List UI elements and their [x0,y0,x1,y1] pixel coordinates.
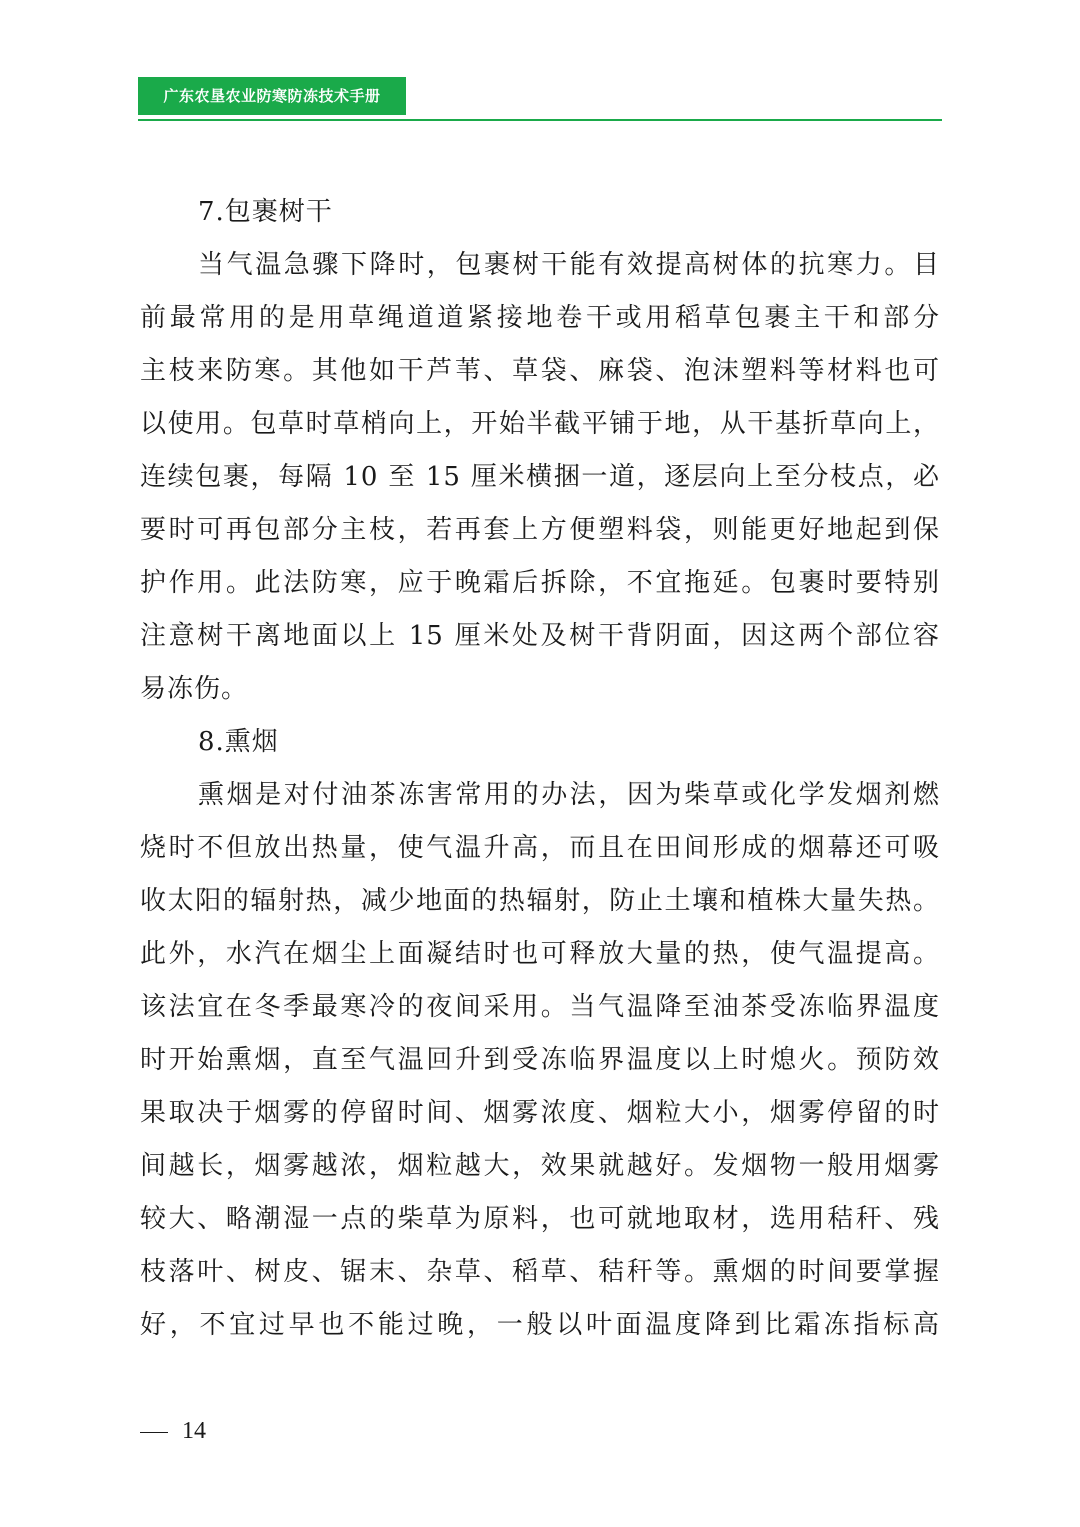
header-divider [138,119,942,121]
paragraph-line: 时开始熏烟，直至气温回升到受冻临界温度以上时熄火。预防效 [140,1034,940,1087]
paragraph-line: 较大、略潮湿一点的柴草为原料，也可就地取材，选用秸秆、残 [140,1193,940,1246]
paragraph-line: 以使用。包草时草梢向上，开始半截平铺于地，从干基折草向上， [140,398,940,451]
page-body: 7.包裹树干 当气温急骤下降时，包裹树干能有效提高树体的抗寒力。目 前最常用的是… [140,186,940,1352]
paragraph-line: 前最常用的是用草绳道道紧接地卷干或用稻草包裹主干和部分 [140,292,940,345]
section-heading-8: 8.熏烟 [140,716,940,769]
paragraph-line: 注意树干离地面以上 15 厘米处及树干背阴面，因这两个部位容 [140,610,940,663]
page-footer: 14 [140,1418,206,1445]
paragraph-line: 主枝来防寒。其他如干芦苇、草袋、麻袋、泡沫塑料等材料也可 [140,345,940,398]
paragraph-line: 护作用。此法防寒，应于晚霜后拆除，不宜拖延。包裹时要特别 [140,557,940,610]
section-heading-7: 7.包裹树干 [140,186,940,239]
paragraph-line: 间越长，烟雾越浓，烟粒越大，效果就越好。发烟物一般用烟雾 [140,1140,940,1193]
paragraph-line: 熏烟是对付油茶冻害常用的办法，因为柴草或化学发烟剂燃 [140,769,940,822]
paragraph-line: 收太阳的辐射热，减少地面的热辐射，防止土壤和植株大量失热。 [140,875,940,928]
page-number: 14 [182,1418,206,1444]
paragraph-line: 要时可再包部分主枝，若再套上方便塑料袋，则能更好地起到保 [140,504,940,557]
paragraph-line: 枝落叶、树皮、锯末、杂草、稻草、秸秆等。熏烟的时间要掌握 [140,1246,940,1299]
paragraph-line: 易冻伤。 [140,663,940,716]
paragraph-line: 连续包裹，每隔 10 至 15 厘米横捆一道，逐层向上至分枝点，必 [140,451,940,504]
paragraph-line: 此外，水汽在烟尘上面凝结时也可释放大量的热，使气温提高。 [140,928,940,981]
paragraph-line: 烧时不但放出热量，使气温升高，而且在田间形成的烟幕还可吸 [140,822,940,875]
paragraph-line: 该法宜在冬季最寒冷的夜间采用。当气温降至油茶受冻临界温度 [140,981,940,1034]
paragraph-line: 当气温急骤下降时，包裹树干能有效提高树体的抗寒力。目 [140,239,940,292]
paragraph-line: 果取决于烟雾的停留时间、烟雾浓度、烟粒大小，烟雾停留的时 [140,1087,940,1140]
footer-dash [140,1432,168,1433]
running-header-title: 广东农垦农业防寒防冻技术手册 [138,77,406,115]
paragraph-line: 好，不宜过早也不能过晚，一般以叶面温度降到比霜冻指标高 [140,1299,940,1352]
